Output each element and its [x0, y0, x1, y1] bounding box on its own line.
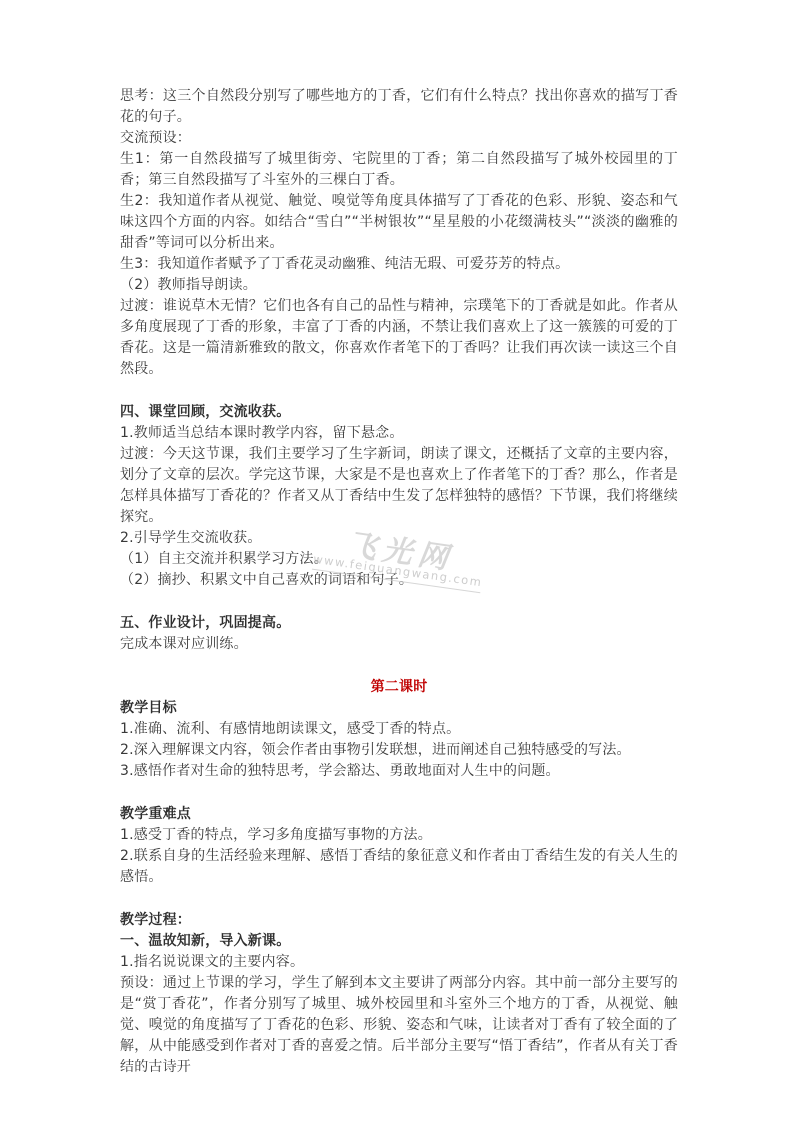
paragraph: 2.引导学生交流收获。 [120, 528, 678, 549]
section-heading: 教学目标 [120, 698, 678, 719]
paragraph: （2）摘抄、积累文中自己喜欢的词语和句子。 [120, 570, 678, 591]
section-heading: 五、作业设计，巩固提高。 [120, 613, 678, 634]
paragraph: 2.深入理解课文内容，领会作者由事物引发联想，进而阐述自己独特感受的写法。 [120, 740, 678, 761]
paragraph: 1.准确、流利、有感情地朗读课文，感受丁香的特点。 [120, 719, 678, 740]
section-heading: 一、温故知新，导入新课。 [120, 931, 678, 952]
paragraph: 过渡：今天这节课，我们主要学习了生字新词，朗读了课文，还概括了文章的主要内容，划… [120, 444, 678, 528]
section-heading: 教学重难点 [120, 804, 678, 825]
paragraph: 预设：通过上节课的学习，学生了解到本文主要讲了两部分内容。其中前一部分主要写的是… [120, 973, 678, 1078]
paragraph: 1.指名说说课文的主要内容。 [120, 952, 678, 973]
paragraph: 交流预设： [120, 128, 678, 149]
paragraph: 完成本课对应训练。 [120, 634, 678, 655]
paragraph: 3.感悟作者对生命的独特思考，学会豁达、勇敢地面对人生中的问题。 [120, 761, 678, 782]
paragraph: 1.教师适当总结本课时教学内容，留下悬念。 [120, 423, 678, 444]
paragraph: 生3：我知道作者赋予了丁香花灵动幽雅、纯洁无瑕、可爱芬芳的特点。 [120, 254, 678, 275]
spacer [120, 655, 678, 677]
paragraph: 生2：我知道作者从视觉、触觉、嗅觉等角度具体描写了丁香花的色彩、形貌、姿态和气味… [120, 191, 678, 254]
paragraph: 1.感受丁香的特点，学习多角度描写事物的方法。 [120, 825, 678, 846]
paragraph: （1）自主交流并积累学习方法。 [120, 549, 678, 570]
section-heading: 四、课堂回顾，交流收获。 [120, 402, 678, 423]
spacer [120, 380, 678, 402]
paragraph: 2.联系自身的生活经验来理解、感悟丁香结的象征意义和作者由丁香结生发的有关人生的… [120, 846, 678, 888]
lesson-part-heading: 第二课时 [120, 677, 678, 698]
document-content: 思考：这三个自然段分别写了哪些地方的丁香，它们有什么特点？找出你喜欢的描写丁香花… [120, 86, 678, 1078]
spacer [120, 782, 678, 804]
paragraph: （2）教师指导朗读。 [120, 275, 678, 296]
paragraph: 过渡：谁说草木无情？它们也各有自己的品性与精神，宗璞笔下的丁香就是如此。作者从多… [120, 296, 678, 380]
document-page: 思考：这三个自然段分别写了哪些地方的丁香，它们有什么特点？找出你喜欢的描写丁香花… [0, 0, 793, 1122]
paragraph: 生1：第一自然段描写了城里街旁、宅院里的丁香；第二自然段描写了城外校园里的丁香；… [120, 149, 678, 191]
spacer [120, 888, 678, 910]
paragraph: 思考：这三个自然段分别写了哪些地方的丁香，它们有什么特点？找出你喜欢的描写丁香花… [120, 86, 678, 128]
section-heading: 教学过程： [120, 910, 678, 931]
spacer [120, 591, 678, 613]
